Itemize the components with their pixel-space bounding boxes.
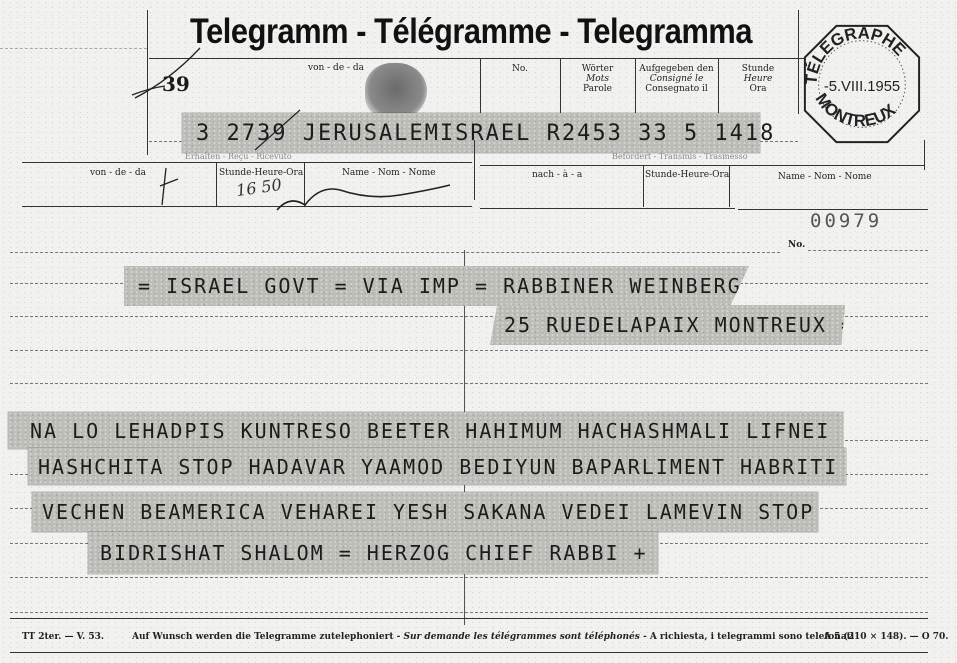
words-it: Parole [560, 84, 635, 94]
transmitted-bottom-rule [480, 208, 735, 209]
left-border [147, 10, 148, 155]
col-divider [643, 165, 644, 207]
handed-in-it: Consegnato il [635, 84, 718, 94]
message-strip-1: NA LO LEHADPIS KUNTRESO BEETER HAHIMUM H… [8, 412, 843, 449]
message-strip-4: BIDRISHAT SHALOM = HERZOG CHIEF RABBI + [88, 532, 658, 574]
received-top-rule [22, 162, 472, 163]
received-label: Erhalten - Reçu - Ricevuto [185, 152, 292, 161]
paper-format: A 5 (210 × 148). — O 70. [824, 632, 948, 642]
stamp-bottom-text: MONTREUX [812, 90, 900, 131]
transmitted-label: Befördert - Transmis - Trasmesso [612, 152, 748, 161]
address-line-1: = ISRAEL GOVT = VIA IMP = RABBINER WEINB… [138, 274, 742, 298]
dotted-rule [149, 141, 182, 142]
right-border [924, 140, 925, 170]
margin-rule [0, 48, 147, 49]
svg-text:TÉLÉGRAPHE: TÉLÉGRAPHE [801, 23, 909, 85]
message-strip-2: HASHCHITA STOP HADAVAR YAAMOD BEDIYUN BA… [28, 448, 846, 485]
address-line-2: 25 RUEDELAPAIX MONTREUX = [504, 313, 855, 337]
message-line-3: VECHEN BEAMERICA VEHAREI YESH SAKANA VED… [42, 500, 814, 524]
serial-number: 00979 [810, 210, 882, 232]
stamp-date: -5.VIII.1955 [824, 79, 900, 95]
preamble-text: 3 2739 JERUSALEMISRAEL R2453 33 5 1418 [196, 121, 775, 146]
handwritten-hour: 16 50 [235, 175, 283, 200]
dotted-rule [808, 250, 928, 251]
dotted-rule [760, 141, 798, 142]
preamble-strip: 3 2739 JERUSALEMISRAEL R2453 33 5 1418 [182, 113, 760, 153]
words-fr: Mots [560, 74, 635, 84]
header-no-label: No. [480, 64, 560, 74]
header-from-label: von - de - da [308, 63, 364, 73]
form-code: TT 2ter. — V. 53. [22, 632, 104, 642]
transmitted-name-label: Name - Nom - Nome [778, 172, 872, 182]
no-label: No. [788, 240, 805, 250]
message-rule [10, 612, 928, 613]
header-hour-label: Stunde Heure Ora [718, 64, 798, 94]
transmitted-hour-label: Stunde-Heure-Ora [645, 170, 729, 180]
transmitted-to-label: nach - à - a [532, 170, 582, 180]
handed-in-fr: Consigné le [635, 74, 718, 84]
address-strip-2: 25 RUEDELAPAIX MONTREUX = [490, 305, 845, 345]
received-name-label: Name - Nom - Nome [342, 168, 436, 178]
message-rule [10, 383, 928, 384]
telegraph-office-stamp: TÉLÉGRAPHE -5.VIII.1955 MONTREUX [797, 20, 925, 148]
message-line-2: HASHCHITA STOP HADAVAR YAAMOD BEDIYUN BA… [38, 455, 838, 479]
message-rule [10, 350, 928, 351]
words-de: Wörter [560, 64, 635, 74]
col-divider [304, 162, 305, 206]
notice-fr: Sur demande les télégrammes sont télépho… [404, 632, 640, 642]
received-bottom-rule [22, 206, 472, 207]
top-rule [149, 58, 804, 59]
address-strip-1: = ISRAEL GOVT = VIA IMP = RABBINER WEINB… [124, 266, 749, 306]
message-rule [10, 577, 928, 578]
notice-it: - A richiesta, i telegrammi sono telefon… [640, 632, 854, 642]
header-words-label: Wörter Mots Parole [560, 64, 635, 94]
footer-bottom-rule [10, 652, 928, 653]
section-divider [474, 140, 475, 200]
notice-de: Auf Wunsch werden die Telegramme zutelep… [132, 632, 404, 642]
hour-fr: Heure [718, 74, 798, 84]
header-handed-in-label: Aufgegeben den Consigné le Consegnato il [635, 64, 718, 94]
telephone-notice: Auf Wunsch werden die Telegramme zutelep… [132, 632, 854, 642]
svg-text:MONTREUX: MONTREUX [812, 90, 900, 131]
message-line-4: BIDRISHAT SHALOM = HERZOG CHIEF RABBI + [100, 541, 648, 565]
handed-in-de: Aufgegeben den [635, 64, 718, 74]
stamp-top-text: TÉLÉGRAPHE [801, 23, 909, 85]
footer-top-rule [10, 618, 928, 619]
col-divider [216, 162, 217, 206]
received-from-label: von - de - da [90, 168, 146, 178]
sequence-number: 39 [162, 72, 190, 96]
message-strip-3: VECHEN BEAMERICA VEHAREI YESH SAKANA VED… [32, 492, 818, 532]
form-title: Telegramm - Télégramme - Telegramma [190, 12, 752, 52]
message-rule [10, 252, 780, 253]
message-line-1: NA LO LEHADPIS KUNTRESO BEETER HAHIMUM H… [30, 419, 830, 443]
transmitted-top-rule [480, 165, 925, 166]
hour-it: Ora [718, 84, 798, 94]
hour-de: Stunde [718, 64, 798, 74]
